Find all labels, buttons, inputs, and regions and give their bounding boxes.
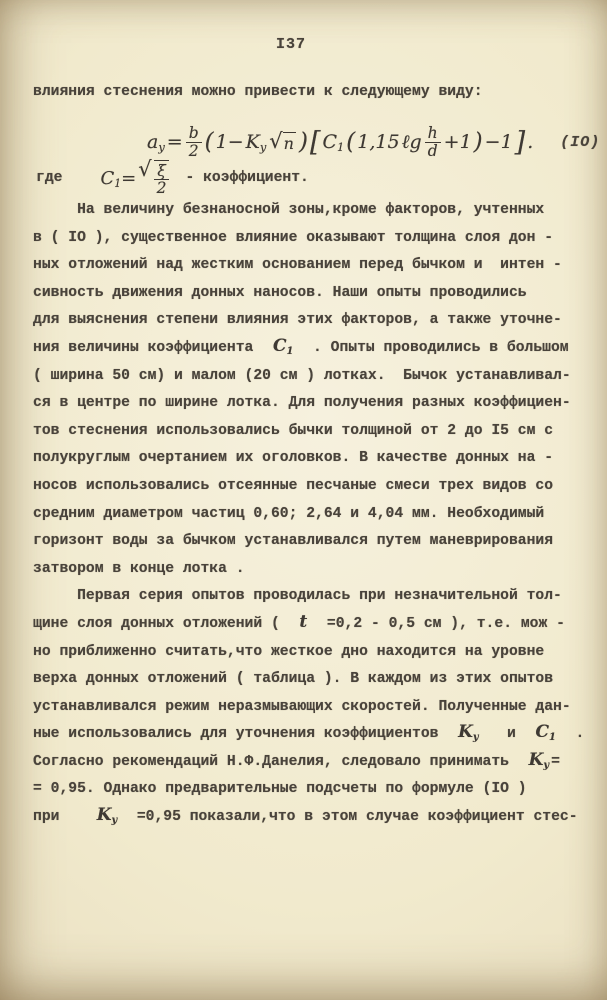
typed-text: ся в центре по ширине лотка. Для получен… [33, 395, 571, 411]
coefficient-label: - коэффициент. [185, 170, 308, 186]
text-line-10: полукруглым очертанием их оголовков. В к… [33, 445, 593, 473]
text-line-1: На величину безнаносной зоны,кроме факто… [33, 197, 593, 225]
typed-text: устанавливался режим неразмывающих скоро… [33, 699, 571, 715]
radical-sign: √ [138, 159, 151, 180]
text-line-4: сивность движения донных наносов. Наши о… [33, 280, 593, 308]
fraction-xi-over-2: ξ 2 [154, 160, 170, 197]
typed-text: . [558, 726, 584, 742]
inner-close-paren: ) [474, 129, 483, 155]
typed-text: сивность движения донных наносов. Наши о… [33, 285, 527, 301]
fraction-h-over-d: h d [425, 125, 441, 159]
close-bracket: ] [515, 127, 526, 158]
typed-text: ния величины коэффициента [33, 340, 271, 356]
handwritten-symbol-K: Ky [527, 750, 552, 770]
typed-text: щине слоя донных отложений ( [33, 616, 297, 632]
typed-text: = 0,95. Однако предварительные подсчеты … [33, 781, 527, 797]
fraction-numerator: h [425, 125, 441, 142]
handwritten-symbol-t: t [297, 612, 309, 632]
typed-text: носов использовались отсеянные песчаные … [33, 478, 553, 494]
radicand: n [283, 132, 296, 153]
radical-sign: √ [269, 131, 282, 152]
fraction-b-over-2: b 2 [186, 125, 202, 159]
typed-text: ных отложений над жестким основанием пер… [33, 257, 562, 273]
body-text: На величину безнаносной зоны,кроме факто… [33, 197, 593, 832]
formula-lhs-sub: y [158, 140, 164, 154]
typed-text: ( ширина 50 см) и малом (20 см ) лотках.… [33, 368, 571, 384]
equals-sign: = [121, 168, 136, 189]
typed-text: но приближенно считать,что жесткое дно н… [33, 644, 544, 660]
plus-one: +1 [444, 131, 472, 153]
equation-number: (IO) [560, 134, 600, 151]
square-root-n: √ n [269, 132, 296, 153]
where-definition-line: где C1= √ ξ 2 - коэффициент. [36, 156, 309, 200]
fraction-denominator: 2 [154, 180, 170, 196]
typed-text: затвором в конце лотка . [33, 561, 245, 577]
text-line-9: тов стеснения использовались бычки толщи… [33, 418, 593, 446]
close-paren: ) [299, 129, 308, 155]
period: . [527, 131, 533, 153]
typed-text: ные использовались для уточнения коэффиц… [33, 726, 456, 742]
k-sub: y [260, 140, 266, 154]
text-line-19: устанавливался режим неразмывающих скоро… [33, 694, 593, 722]
coefficient-k: Ky [246, 131, 267, 153]
formula-lhs-main: a [147, 131, 158, 153]
equals-sign: = [167, 131, 183, 153]
text-line-8: ся в центре по ширине лотка. Для получен… [33, 390, 593, 418]
handwritten-symbol-K: Ky [456, 722, 481, 742]
text-line-11: носов использовались отсеянные песчаные … [33, 473, 593, 501]
text-line-21: Согласно рекомендаций Н.Ф.Данелия, следо… [33, 749, 593, 777]
coefficient-c1-def: C1= [100, 168, 136, 189]
text-line-14: затвором в конце лотка . [33, 556, 593, 584]
c-sub: 1 [337, 140, 344, 154]
typed-text: верха донных отложений ( таблица ). В ка… [33, 671, 553, 687]
coefficient-c: C1 [323, 131, 345, 153]
handwritten-subscript: 1 [287, 346, 294, 357]
typed-text: . Опыты проводились в большом [295, 340, 568, 356]
typed-text: тов стеснения использовались бычки толщи… [33, 423, 553, 439]
fraction-denominator: d [425, 143, 441, 159]
typed-text: Первая серия опытов проводилась при незн… [33, 588, 562, 604]
typed-text: = [551, 754, 560, 770]
formula-lhs: ay [147, 131, 165, 153]
text-line-2: в ( IO ), существенное влияние оказывают… [33, 225, 593, 253]
open-paren: ( [205, 129, 214, 155]
typed-text: Согласно рекомендаций Н.Ф.Данелия, следо… [33, 754, 527, 770]
log-symbol: ℓg [402, 131, 422, 154]
open-bracket: [ [310, 127, 321, 158]
c-main: C [323, 131, 338, 153]
typed-text: На величину безнаносной зоны,кроме факто… [33, 202, 544, 218]
text-line-5: для выяснения степени влияния этих факто… [33, 307, 593, 335]
handwritten-symbol-C: C1 [271, 336, 295, 356]
typed-text: горизонт воды за бычком устанавливался п… [33, 533, 553, 549]
page-number: I37 [276, 36, 306, 53]
typed-text: и [481, 726, 534, 742]
text-line-6: ния величины коэффициента C1 . Опыты про… [33, 335, 593, 363]
typed-text: в ( IO ), существенное влияние оказывают… [33, 230, 553, 246]
c-main: C [100, 168, 114, 189]
handwritten-subscript: y [111, 815, 117, 826]
where-word: где [36, 170, 62, 186]
fraction-numerator: ξ [154, 163, 169, 180]
k-main: K [246, 131, 260, 153]
typed-text: =0,95 показали,что в этом случае коэффиц… [119, 809, 577, 825]
intro-line: влияния стеснения можно привести к следу… [33, 84, 483, 100]
text-line-7: ( ширина 50 см) и малом (20 см ) лотках.… [33, 363, 593, 391]
text-line-3: ных отложений над жестким основанием пер… [33, 252, 593, 280]
text-line-18: верха донных отложений ( таблица ). В ка… [33, 666, 593, 694]
fraction-numerator: b [186, 125, 202, 142]
square-root-xi-over-2: √ ξ 2 [138, 160, 171, 197]
typed-text: средним диаметром частиц 0,60; 2,64 и 4,… [33, 506, 544, 522]
text-line-12: средним диаметром частиц 0,60; 2,64 и 4,… [33, 501, 593, 529]
handwritten-subscript: y [543, 760, 549, 771]
handwritten-subscript: 1 [549, 732, 556, 743]
typed-text: =0,2 - 0,5 см ), т.е. мож - [309, 616, 565, 632]
text-line-17: но приближенно считать,что жесткое дно н… [33, 639, 593, 667]
handwritten-subscript: y [473, 732, 479, 743]
text-line-13: горизонт воды за бычком устанавливался п… [33, 528, 593, 556]
typed-text: для выяснения степени влияния этих факто… [33, 312, 562, 328]
text-line-23: при Ky =0,95 показали,что в этом случае … [33, 804, 593, 832]
text-line-15: Первая серия опытов проводилась при незн… [33, 583, 593, 611]
handwritten-symbol-C: C1 [533, 722, 557, 742]
handwritten-symbol-K: Ky [95, 805, 120, 825]
typed-text: полукруглым очертанием их оголовков. В к… [33, 450, 553, 466]
inner-open-paren: ( [346, 129, 355, 155]
one-minus: 1− [216, 131, 244, 153]
text-line-22: = 0,95. Однако предварительные подсчеты … [33, 776, 593, 804]
typed-text: при [33, 809, 95, 825]
text-line-16: щине слоя донных отложений ( t =0,2 - 0,… [33, 611, 593, 639]
coef-1-15: 1,15 [357, 131, 399, 153]
text-line-20: ные использовались для уточнения коэффиц… [33, 721, 593, 749]
minus-one: −1 [485, 131, 513, 153]
scanned-document-page: I37 влияния стеснения можно привести к с… [0, 0, 607, 1000]
